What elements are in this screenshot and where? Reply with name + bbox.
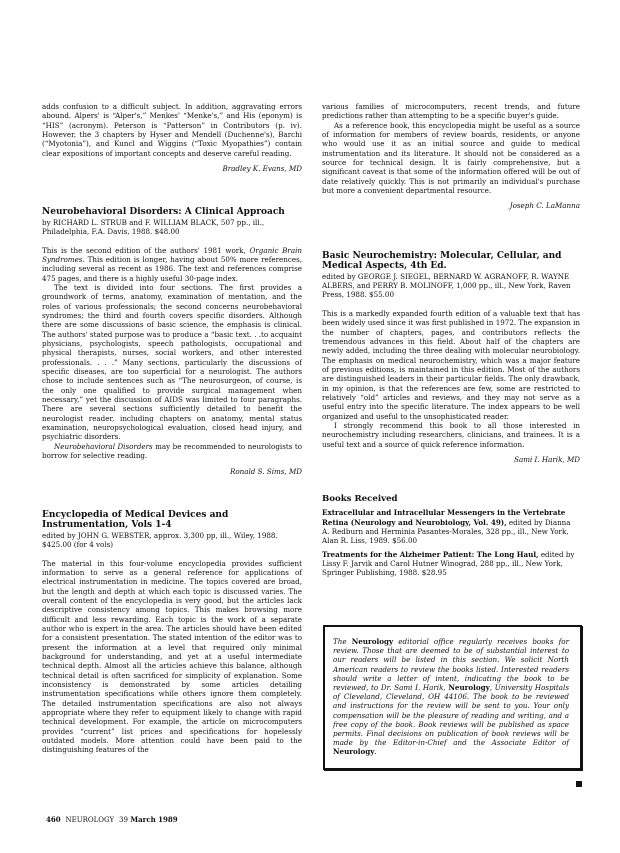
journal-name: Neurology bbox=[333, 747, 374, 756]
volume-number: 39 bbox=[119, 816, 128, 824]
reviewer-signature: Joseph C. LaManna bbox=[322, 201, 580, 210]
review-paragraph: This is a markedly expanded fourth editi… bbox=[322, 309, 580, 421]
review-neurobehavioral-disorders: Neurobehavioral Disorders: A Clinical Ap… bbox=[42, 207, 302, 475]
reviewer-signature: Bradley K. Evans, MD bbox=[42, 164, 302, 173]
review-paragraph: This is the second edition of the author… bbox=[42, 246, 302, 283]
review-paragraph-continued: various families of microcomputers, rece… bbox=[322, 102, 580, 121]
book-title: Treatments for the Alzheimer Patient: Th… bbox=[322, 550, 539, 559]
page-footer: 460 NEUROLOGY 39 March 1989 bbox=[46, 815, 178, 824]
review-paragraph: I strongly recommend this book to all th… bbox=[322, 421, 580, 449]
review-byline: by RICHARD L. STRUB and F. WILLIAM BLACK… bbox=[42, 218, 302, 237]
review-encyclopedia-medical-devices: Encyclopedia of Medical Devices and Inst… bbox=[42, 510, 302, 755]
section-heading: Books Received bbox=[322, 494, 580, 504]
journal-name: Neurology bbox=[352, 637, 393, 646]
reviewer-signature: Ronald S. Sims, MD bbox=[42, 467, 302, 476]
review-paragraph: The material in this four-volume encyclo… bbox=[42, 559, 302, 755]
review-title: Basic Neurochemistry: Molecular, Cellula… bbox=[322, 251, 580, 272]
review-paragraph: Neurobehavioral Disorders may be recomme… bbox=[42, 442, 302, 461]
end-of-article-mark-icon bbox=[576, 781, 582, 787]
journal-name: Neurology bbox=[448, 683, 489, 692]
right-column: various families of microcomputers, rece… bbox=[322, 102, 580, 578]
journal-name: NEUROLOGY bbox=[66, 816, 115, 824]
issue-date: March 1989 bbox=[130, 815, 177, 824]
review-paragraph: The text is divided into four sections. … bbox=[42, 283, 302, 442]
page-number: 460 bbox=[46, 815, 61, 824]
review-title: Neurobehavioral Disorders: A Clinical Ap… bbox=[42, 207, 302, 218]
book-received-item: Extracellular and Intracellular Messenge… bbox=[322, 508, 580, 545]
review-basic-neurochemistry: Basic Neurochemistry: Molecular, Cellula… bbox=[322, 251, 580, 465]
submission-notice-box: The Neurology editorial office regularly… bbox=[323, 625, 582, 770]
reviewer-signature: Sami I. Harik, MD bbox=[322, 455, 580, 464]
left-column: adds confusion to a difficult subject. I… bbox=[42, 102, 302, 755]
book-title-reference: Neurobehavioral Disorders bbox=[54, 442, 153, 451]
notice-text: The Neurology editorial office regularly… bbox=[333, 637, 569, 757]
review-title: Encyclopedia of Medical Devices and Inst… bbox=[42, 510, 302, 531]
review-byline: edited by GEORGE J. SIEGEL, BERNARD W. A… bbox=[322, 272, 580, 300]
book-received-item: Treatments for the Alzheimer Patient: Th… bbox=[322, 550, 580, 578]
review-paragraph: As a reference book, this encyclopedia m… bbox=[322, 121, 580, 196]
continued-review-text: adds confusion to a difficult subject. I… bbox=[42, 102, 302, 158]
review-byline: edited by JOHN G. WEBSTER, approx. 3,300… bbox=[42, 531, 302, 550]
books-received-section: Books Received Extracellular and Intrace… bbox=[322, 494, 580, 577]
